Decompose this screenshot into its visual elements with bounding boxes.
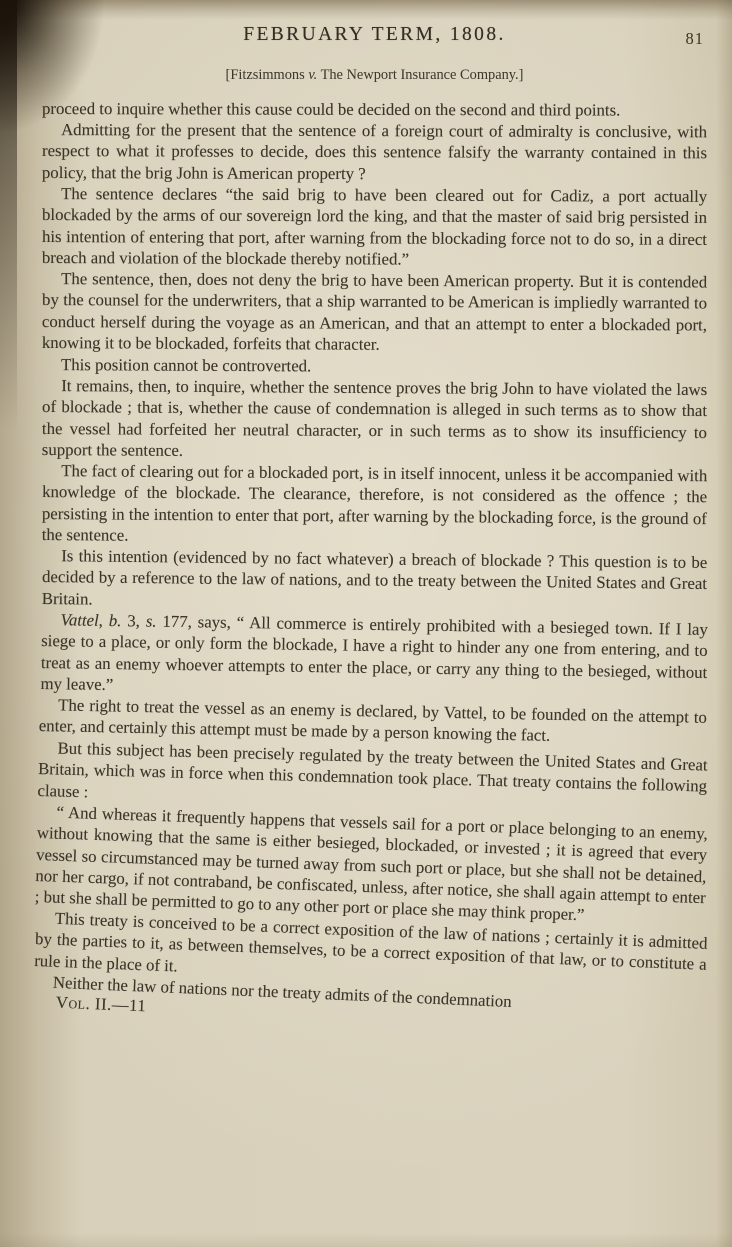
italic-text-run: s. <box>145 612 156 631</box>
body-text: proceed to inquire whether this cause co… <box>42 98 707 992</box>
text-run: 3, <box>121 611 146 630</box>
text-run: The right to treat the vessel as an enem… <box>39 696 707 746</box>
case-caption: [Fitzsimmons v. The Newport Insurance Co… <box>42 67 707 84</box>
page-number: 81 <box>686 29 705 49</box>
binding-edge-strip <box>0 0 17 430</box>
scanned-book-page: { "page": { "header": { "term_title": "F… <box>0 0 732 1247</box>
text-run: proceed to inquire whether this cause co… <box>42 99 620 120</box>
body-paragraph: It remains, then, to inquire, whether th… <box>42 375 708 464</box>
text-run: , <box>98 611 108 630</box>
italic-text-run: b. <box>108 611 121 630</box>
body-paragraph: The fact of clearing out for a blockaded… <box>42 460 708 550</box>
text-run: Admitting for the present that the sente… <box>42 120 707 183</box>
italic-text-run: Vattel <box>60 610 98 630</box>
term-title: FEBRUARY TERM, 1808. <box>42 24 707 46</box>
text-run: The sentence, then, does not deny the br… <box>42 269 707 354</box>
body-paragraph: The sentence declares “the said brig to … <box>42 183 707 271</box>
body-paragraph: The sentence, then, does not deny the br… <box>42 268 707 357</box>
body-paragraph: proceed to inquire whether this cause co… <box>42 98 707 121</box>
text-run: The Newport Insurance Company.] <box>317 67 523 83</box>
text-run: The sentence declares “the said brig to … <box>42 184 707 268</box>
top-edge-shadow <box>0 0 732 20</box>
running-header: FEBRUARY TERM, 1808. 81 <box>42 24 707 54</box>
body-paragraph: Vattel, b. 3, s. 177, says, “ All commer… <box>40 609 708 704</box>
text-run: But this subject has been precisely regu… <box>37 738 708 800</box>
text-run: It remains, then, to inquire, whether th… <box>42 376 707 460</box>
text-run: This position cannot be controverted. <box>61 355 311 375</box>
text-run: Is this intention (evidenced by no fact … <box>42 546 708 608</box>
body-paragraph: Admitting for the present that the sente… <box>42 119 707 185</box>
body-paragraph: Is this intention (evidenced by no fact … <box>42 545 708 616</box>
bottom-edge-shadow <box>0 1233 732 1247</box>
italic-text-run: v. <box>308 67 317 83</box>
right-edge-shadow <box>716 0 732 1247</box>
page-content: FEBRUARY TERM, 1808. 81 [Fitzsimmons v. … <box>42 24 707 1012</box>
text-run: “ And whereas it frequently happens that… <box>35 802 709 924</box>
text-run: [Fitzsimmons <box>226 67 309 83</box>
text-run: The fact of clearing out for a blockaded… <box>42 461 708 544</box>
